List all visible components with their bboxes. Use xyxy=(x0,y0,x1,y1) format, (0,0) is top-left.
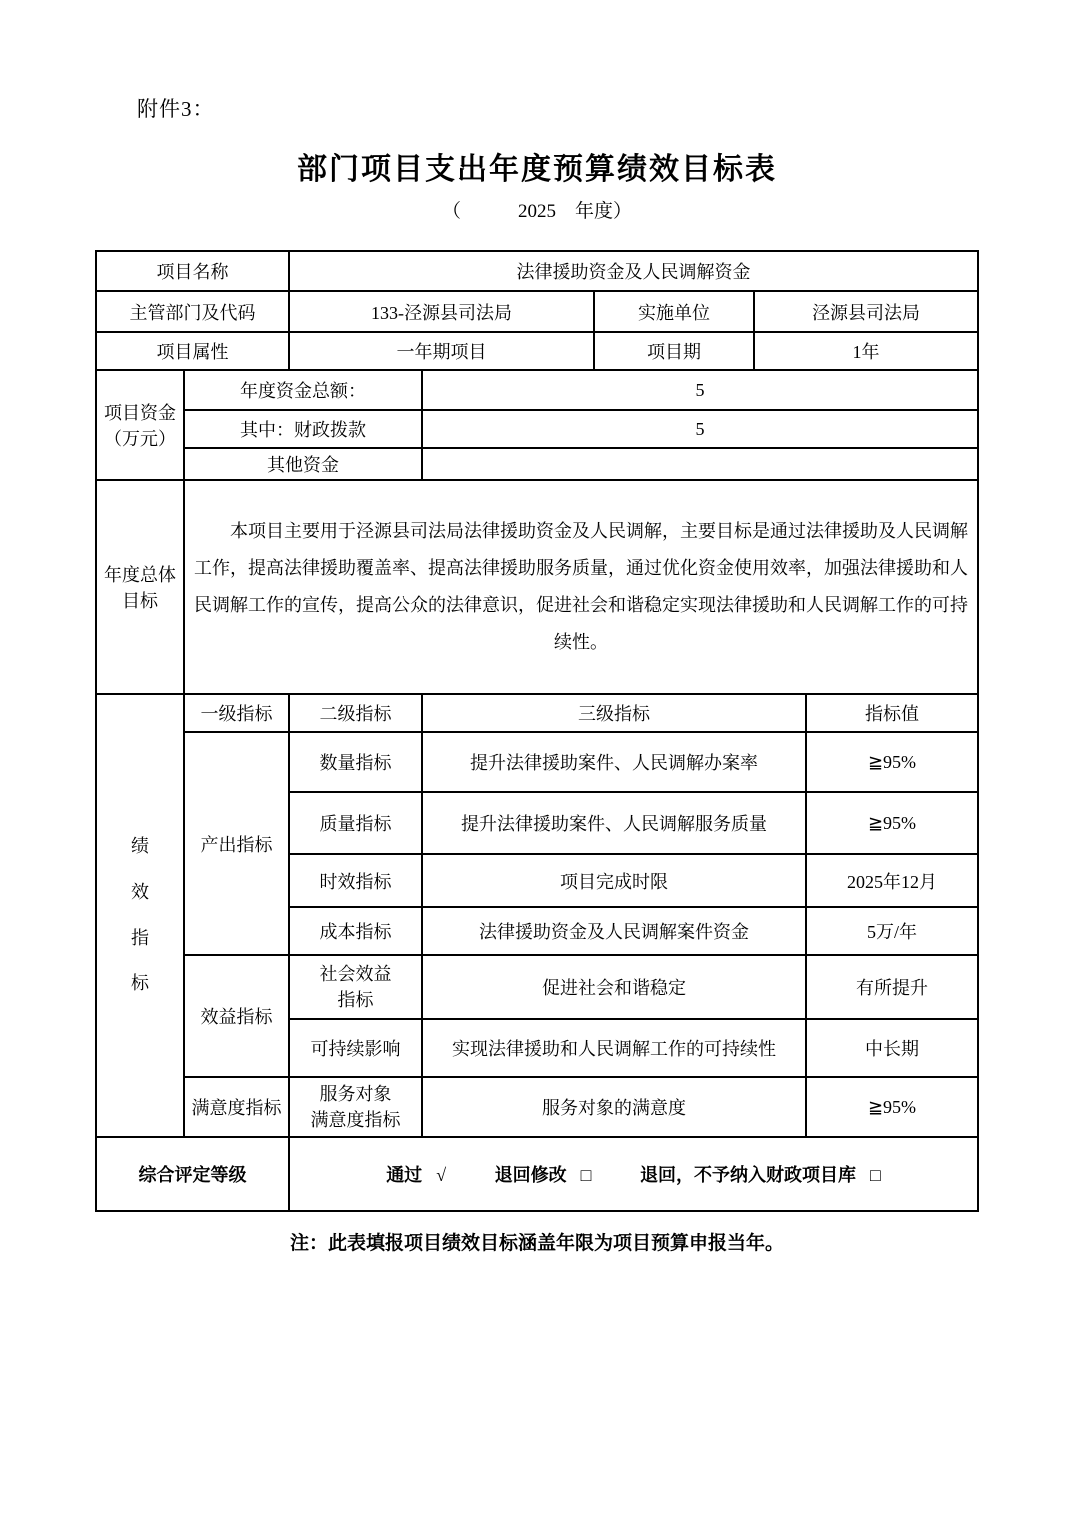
rating-option-reject: 退回，不予纳入财政项目库□ xyxy=(640,1165,881,1185)
attachment-label: 附件3： xyxy=(137,93,215,123)
attr-value: 一年期项目 xyxy=(289,332,594,370)
performance-target-table: 项目名称 法律援助资金及人民调解资金 主管部门及代码 133-泾源县司法局 实施… xyxy=(95,250,979,1212)
project-name-label: 项目名称 xyxy=(96,251,289,291)
level2-timeliness: 时效指标 xyxy=(289,854,422,907)
level3-quantity: 提升法律援助案件、人民调解办案率 xyxy=(422,732,806,792)
row-indicator-quantity: 产出指标 数量指标 提升法律援助案件、人民调解办案率 ≧95% xyxy=(96,732,978,792)
header-level1: 一级指标 xyxy=(184,694,289,732)
dept-value: 133-泾源县司法局 xyxy=(289,291,594,332)
impl-unit-label: 实施单位 xyxy=(594,291,754,332)
rating-options: 通过√ 退回修改□ 退回，不予纳入财政项目库□ xyxy=(289,1137,978,1211)
value-cost: 5万/年 xyxy=(806,907,978,955)
value-quality: ≧95% xyxy=(806,792,978,854)
level2-satisfaction: 服务对象 满意度指标 xyxy=(289,1077,422,1137)
level3-satisfaction: 服务对象的满意度 xyxy=(422,1077,806,1137)
row-annual-goal: 年度总体目标 本项目主要用于泾源县司法局法律援助资金及人民调解，主要目标是通过法… xyxy=(96,480,978,694)
funds-total-label: 年度资金总额： xyxy=(184,370,422,410)
funds-group-label: 项目资金（万元） xyxy=(96,370,184,480)
level3-quality: 提升法律援助案件、人民调解服务质量 xyxy=(422,792,806,854)
row-funds-fiscal: 其中：财政拨款 5 xyxy=(96,410,978,448)
row-indicator-social: 效益指标 社会效益 指标 促进社会和谐稳定 有所提升 xyxy=(96,955,978,1019)
rating-option-reject-text: 退回，不予纳入财政项目库 xyxy=(640,1165,856,1185)
row-indicator-satisfaction: 满意度指标 服务对象 满意度指标 服务对象的满意度 ≧95% xyxy=(96,1077,978,1137)
page-title: 部门项目支出年度预算绩效目标表 xyxy=(0,144,1074,188)
header-value: 指标值 xyxy=(806,694,978,732)
rating-option-return-revise: 退回修改□ xyxy=(495,1165,592,1185)
dept-label: 主管部门及代码 xyxy=(96,291,289,332)
row-department: 主管部门及代码 133-泾源县司法局 实施单位 泾源县司法局 xyxy=(96,291,978,332)
level2-quality: 质量指标 xyxy=(289,792,422,854)
attr-label: 项目属性 xyxy=(96,332,289,370)
annual-goal-text: 本项目主要用于泾源县司法局法律援助资金及人民调解，主要目标是通过法律援助及人民调… xyxy=(184,480,978,694)
value-quantity: ≧95% xyxy=(806,732,978,792)
value-sustainability: 中长期 xyxy=(806,1019,978,1077)
indicators-group-label: 绩效指标 xyxy=(130,824,150,1008)
indicators-group-cell: 绩效指标 xyxy=(96,694,184,1137)
row-funds-other: 其他资金 xyxy=(96,448,978,480)
level2-cost: 成本指标 xyxy=(289,907,422,955)
empty-checkbox-icon: □ xyxy=(870,1165,881,1185)
row-funds-total: 项目资金（万元） 年度资金总额： 5 xyxy=(96,370,978,410)
period-value: 1年 xyxy=(754,332,978,370)
level1-benefit: 效益指标 xyxy=(184,955,289,1077)
header-level3: 三级指标 xyxy=(422,694,806,732)
value-satisfaction: ≧95% xyxy=(806,1077,978,1137)
value-social: 有所提升 xyxy=(806,955,978,1019)
level2-quantity: 数量指标 xyxy=(289,732,422,792)
impl-unit-value: 泾源县司法局 xyxy=(754,291,978,332)
funds-total-value: 5 xyxy=(422,370,978,410)
funds-other-value xyxy=(422,448,978,480)
row-attribute: 项目属性 一年期项目 项目期 1年 xyxy=(96,332,978,370)
project-name-value: 法律援助资金及人民调解资金 xyxy=(289,251,978,291)
rating-option-return-revise-text: 退回修改 xyxy=(495,1165,567,1185)
level3-social: 促进社会和谐稳定 xyxy=(422,955,806,1019)
empty-checkbox-icon: □ xyxy=(581,1165,592,1185)
page-subtitle: （ 2025 年度） xyxy=(0,196,1074,223)
rating-label: 综合评定等级 xyxy=(96,1137,289,1211)
checkmark-icon: √ xyxy=(436,1165,446,1185)
level2-sustainability: 可持续影响 xyxy=(289,1019,422,1077)
rating-option-pass-text: 通过 xyxy=(386,1165,422,1185)
level3-timeliness: 项目完成时限 xyxy=(422,854,806,907)
header-level2: 二级指标 xyxy=(289,694,422,732)
level1-satisfaction: 满意度指标 xyxy=(184,1077,289,1137)
funds-fiscal-label: 其中：财政拨款 xyxy=(184,410,422,448)
funds-other-label: 其他资金 xyxy=(184,448,422,480)
level3-sustainability: 实现法律援助和人民调解工作的可持续性 xyxy=(422,1019,806,1077)
row-overall-rating: 综合评定等级 通过√ 退回修改□ 退回，不予纳入财政项目库□ xyxy=(96,1137,978,1211)
document-page: 附件3： 部门项目支出年度预算绩效目标表 （ 2025 年度） 项目名称 法律援… xyxy=(0,0,1074,1520)
period-label: 项目期 xyxy=(594,332,754,370)
footer-note: 注：此表填报项目绩效目标涵盖年限为项目预算申报当年。 xyxy=(0,1228,1074,1255)
rating-option-pass: 通过√ xyxy=(386,1165,446,1185)
row-indicator-header: 绩效指标 一级指标 二级指标 三级指标 指标值 xyxy=(96,694,978,732)
funds-fiscal-value: 5 xyxy=(422,410,978,448)
level1-output: 产出指标 xyxy=(184,732,289,955)
row-project-name: 项目名称 法律援助资金及人民调解资金 xyxy=(96,251,978,291)
annual-goal-label: 年度总体目标 xyxy=(96,480,184,694)
value-timeliness: 2025年12月 xyxy=(806,854,978,907)
level3-cost: 法律援助资金及人民调解案件资金 xyxy=(422,907,806,955)
level2-social: 社会效益 指标 xyxy=(289,955,422,1019)
